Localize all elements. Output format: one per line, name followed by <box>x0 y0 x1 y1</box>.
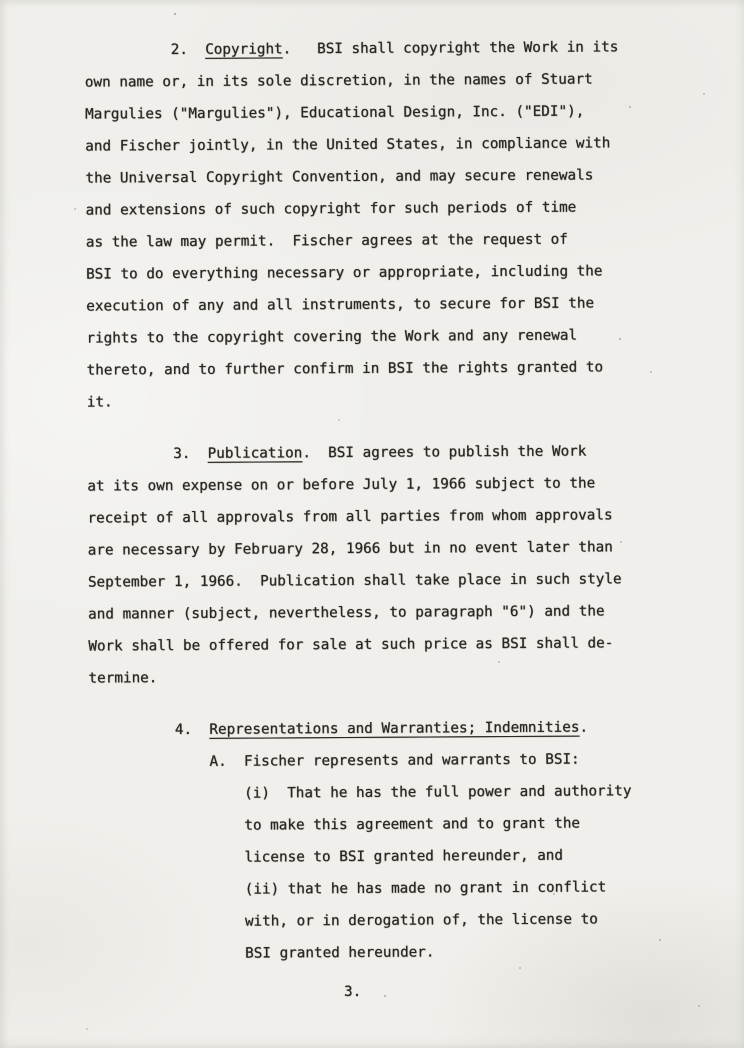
text-line: rights to the copyright covering the Wor… <box>86 319 731 355</box>
text-segment: receipt of all approvals from all partie… <box>87 507 612 526</box>
text-segment: . BSI shall copyright the Work in its <box>283 39 619 57</box>
text-segment: it. <box>87 394 113 410</box>
scanned-document-page: 2. Copyright. BSI shall copyright the Wo… <box>0 0 744 1048</box>
text-segment: to make this agreement and to grant the <box>244 816 580 834</box>
text-line: as the law may permit. Fischer agrees at… <box>86 223 731 259</box>
text-line: own name or, in its sole discretion, in … <box>85 63 730 99</box>
text-line: the Universal Copyright Convention, and … <box>85 159 730 195</box>
page-number: 3. <box>344 976 361 1008</box>
text-line: license to BSI granted hereunder, and <box>90 839 735 875</box>
text-line: (i) That he has the full power and autho… <box>89 775 734 811</box>
paragraph-2-copyright: 2. Copyright. BSI shall copyright the Wo… <box>85 31 732 419</box>
text-line: Margulies ("Margulies"), Educational Des… <box>85 95 730 131</box>
text-segment: as the law may permit. Fischer agrees at… <box>86 232 568 251</box>
text-segment: the Universal Copyright Convention, and … <box>85 167 593 186</box>
text-segment: . <box>579 720 588 736</box>
text-line: with, or in derogation of, the license t… <box>90 903 735 939</box>
text-segment: license to BSI granted hereunder, and <box>244 848 563 866</box>
text-line: 2. Copyright. BSI shall copyright the Wo… <box>85 31 730 67</box>
text-segment: termine. <box>88 670 157 686</box>
text-line: and manner (subject, nevertheless, to pa… <box>88 595 733 631</box>
text-segment: September 1, 1966. Publication shall tak… <box>88 571 622 590</box>
text-line: (ii) that he has made no grant in confli… <box>90 871 735 907</box>
text-segment: own name or, in its sole discretion, in … <box>85 71 593 90</box>
text-line: 4. Representations and Warranties; Indem… <box>89 711 734 747</box>
text-line: it. <box>87 383 732 419</box>
text-segment: A. Fischer represents and warrants to BS… <box>209 752 579 770</box>
underlined-heading-text: Publication <box>208 445 303 462</box>
text-line: execution of any and all instruments, to… <box>86 287 731 323</box>
text-segment: Margulies ("Margulies"), Educational Des… <box>85 104 584 123</box>
text-segment: 2. <box>171 42 206 58</box>
text-segment: rights to the copyright covering the Wor… <box>86 328 577 347</box>
paragraph-4-representations: 4. Representations and Warranties; Indem… <box>89 711 736 971</box>
underlined-heading-text: Representations and Warranties; Indemnit… <box>209 720 579 738</box>
text-segment: and extensions of such copyright for suc… <box>86 200 577 219</box>
text-segment: thereto, and to further confirm in BSI t… <box>87 359 604 378</box>
text-segment: with, or in derogation of, the license t… <box>245 911 598 929</box>
text-line: are necessary by February 28, 1966 but i… <box>88 531 733 567</box>
scan-dust-specks <box>0 0 2 2</box>
text-line: and extensions of such copyright for suc… <box>86 191 731 227</box>
text-line: receipt of all approvals from all partie… <box>87 499 732 535</box>
text-segment: . BSI agrees to publish the Work <box>302 444 586 462</box>
text-line: Work shall be offered for sale at such p… <box>88 627 733 663</box>
text-line: and Fischer jointly, in the United State… <box>85 127 730 163</box>
text-line: BSI granted hereunder. <box>90 935 735 971</box>
text-line: A. Fischer represents and warrants to BS… <box>89 743 734 779</box>
text-segment: and Fischer jointly, in the United State… <box>85 135 610 154</box>
text-line: BSI to do everything necessary or approp… <box>86 255 731 291</box>
text-line: September 1, 1966. Publication shall tak… <box>88 563 733 599</box>
text-segment: at its own expense on or before July 1, … <box>87 475 595 494</box>
text-segment: and manner (subject, nevertheless, to pa… <box>88 603 605 622</box>
text-line: 3. Publication. BSI agrees to publish th… <box>87 435 732 471</box>
text-segment: (i) That he has the full power and autho… <box>244 783 631 801</box>
text-line: thereto, and to further confirm in BSI t… <box>87 351 732 387</box>
text-segment: (ii) that he has made no grant in confli… <box>245 879 607 897</box>
text-line: to make this agreement and to grant the <box>89 807 734 843</box>
text-line: termine. <box>88 659 733 695</box>
text-segment: BSI to do everything necessary or approp… <box>86 263 603 282</box>
paragraph-3-publication: 3. Publication. BSI agrees to publish th… <box>87 435 734 695</box>
text-segment: 3. <box>173 446 208 462</box>
text-line: at its own expense on or before July 1, … <box>87 467 732 503</box>
text-segment: 4. <box>175 722 210 738</box>
document-lines: 2. Copyright. BSI shall copyright the Wo… <box>85 31 736 971</box>
underlined-heading-text: Copyright <box>205 41 283 57</box>
text-segment: execution of any and all instruments, to… <box>86 295 594 314</box>
text-segment: Work shall be offered for sale at such p… <box>88 635 613 654</box>
text-segment: are necessary by February 28, 1966 but i… <box>88 539 613 558</box>
text-segment: BSI granted hereunder. <box>245 944 434 961</box>
